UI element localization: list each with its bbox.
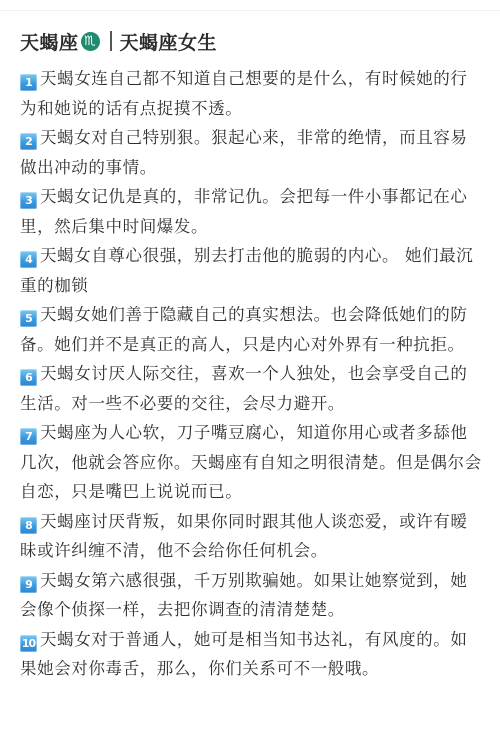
- list-item: 6天蝎女讨厌人际交往，喜欢一个人独处，也会享受自己的生活。对一些不必要的交往，会…: [20, 359, 482, 418]
- title-right: 天蝎座女生: [120, 28, 218, 55]
- number-badge-icon: 8: [20, 517, 37, 534]
- number-badge-icon: 2: [20, 133, 37, 150]
- list-item: 3天蝎女记仇是真的，非常记仇。会把每一件小事都记在心里，然后集中时间爆发。: [20, 182, 482, 241]
- list-item: 2天蝎女对自己特别狠。狠起心来，非常的绝情，而且容易做出冲动的事情。: [20, 123, 482, 182]
- list-item-text: 天蝎女她们善于隐藏自己的真实想法。也会降低她们的防备。她们并不是真正的高人，只是…: [20, 305, 468, 354]
- decorative-dot: [21, 675, 23, 677]
- list-item-text: 天蝎座讨厌背叛，如果你同时跟其他人谈恋爱，或许有暧昧或许纠缠不清，他不会给你任何…: [20, 512, 468, 561]
- number-badge-icon: 4: [20, 251, 37, 268]
- list-item: 10天蝎女对于普通人，她可是相当知书达礼，有风度的。如果她会对你毒舌，那么，你们…: [20, 625, 482, 684]
- number-badge-icon: 10: [20, 635, 37, 652]
- number-badge-icon: 3: [20, 192, 37, 209]
- number-badge-icon: 9: [20, 576, 37, 593]
- list-item: 7天蝎座为人心软，刀子嘴豆腐心，知道你用心或者多舔他几次，他就会答应你。天蝎座有…: [20, 418, 482, 507]
- list-item: 1天蝎女连自己都不知道自己想要的是什么，有时候她的行为和她说的话有点捉摸不透。: [20, 64, 482, 123]
- number-badge-icon: 5: [20, 310, 37, 327]
- list-item-text: 天蝎女对于普通人，她可是相当知书达礼，有风度的。如果她会对你毒舌，那么，你们关系…: [20, 630, 468, 679]
- list-item-text: 天蝎女讨厌人际交往，喜欢一个人独处，也会享受自己的生活。对一些不必要的交往，会尽…: [20, 364, 468, 413]
- number-badge-icon: 1: [20, 74, 37, 91]
- list-item: 4天蝎女自尊心很强，别去打击他的脆弱的内心。 她们最沉重的枷锁: [20, 241, 482, 300]
- page-title: 天蝎座 ♏ 天蝎座女生: [20, 28, 217, 54]
- list-item-text: 天蝎女自尊心很强，别去打击他的脆弱的内心。 她们最沉重的枷锁: [20, 246, 473, 295]
- list-item-text: 天蝎女记仇是真的，非常记仇。会把每一件小事都记在心里，然后集中时间爆发。: [20, 187, 468, 236]
- number-badge-icon: 6: [20, 369, 37, 386]
- article-list: 1天蝎女连自己都不知道自己想要的是什么，有时候她的行为和她说的话有点捉摸不透。 …: [20, 64, 482, 684]
- title-separator: [110, 31, 112, 51]
- list-item-text: 天蝎女对自己特别狠。狠起心来，非常的绝情，而且容易做出冲动的事情。: [20, 128, 468, 177]
- number-badge-icon: 7: [20, 428, 37, 445]
- list-item-text: 天蝎座为人心软，刀子嘴豆腐心，知道你用心或者多舔他几次，他就会答应你。天蝎座有自…: [20, 423, 482, 501]
- top-divider: [0, 10, 500, 11]
- title-left: 天蝎座: [20, 28, 79, 55]
- list-item-text: 天蝎女连自己都不知道自己想要的是什么，有时候她的行为和她说的话有点捉摸不透。: [20, 69, 468, 118]
- list-item: 8天蝎座讨厌背叛，如果你同时跟其他人谈恋爱，或许有暧昧或许纠缠不清，他不会给你任…: [20, 507, 482, 566]
- list-item: 5天蝎女她们善于隐藏自己的真实想法。也会降低她们的防备。她们并不是真正的高人，只…: [20, 300, 482, 359]
- list-item: 9天蝎女第六感很强，千万别欺骗她。如果让她察觉到，她会像个侦探一样，去把你调查的…: [20, 566, 482, 625]
- scorpio-icon: ♏: [81, 32, 100, 51]
- list-item-text: 天蝎女第六感很强，千万别欺骗她。如果让她察觉到，她会像个侦探一样，去把你调查的清…: [20, 571, 468, 620]
